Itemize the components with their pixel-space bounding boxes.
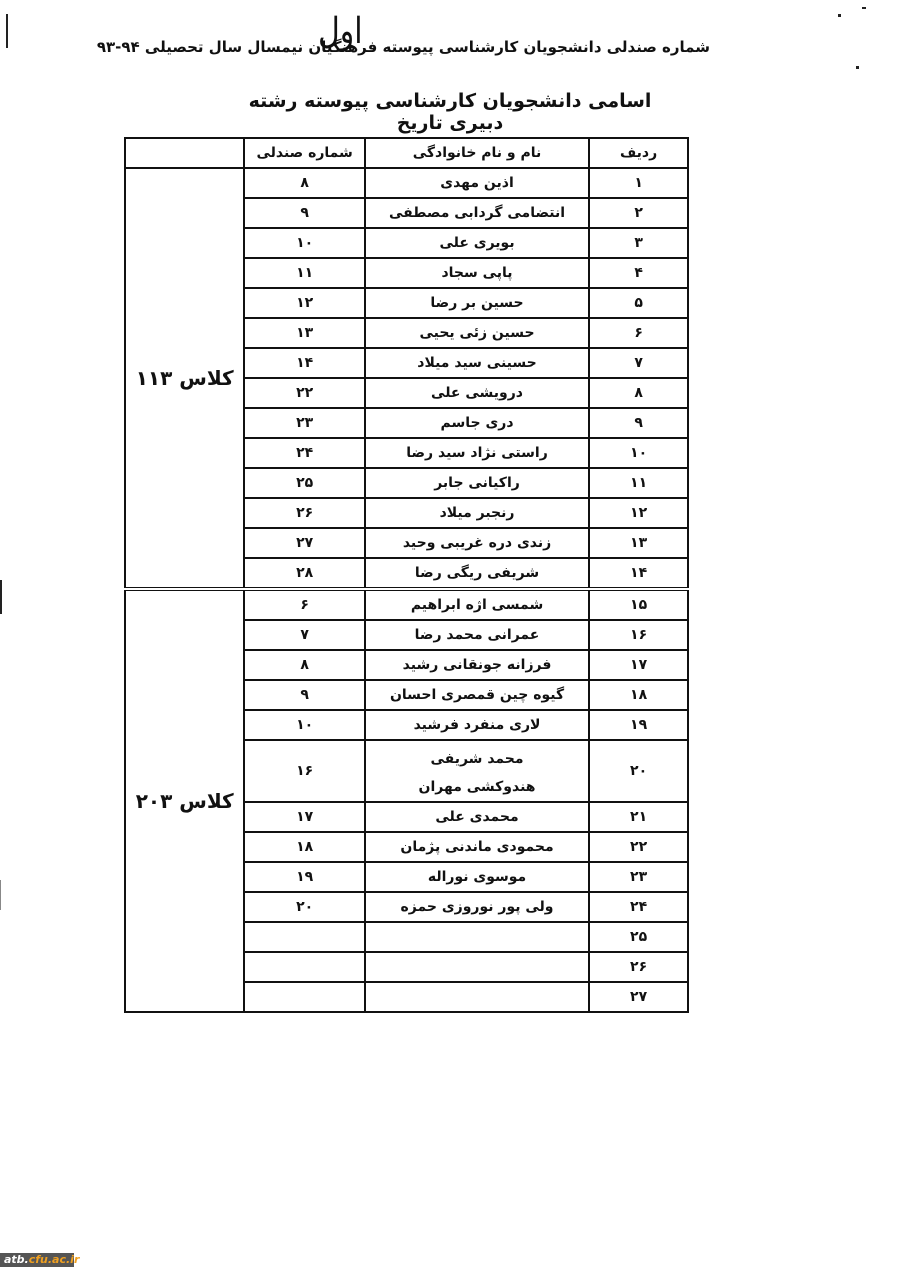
watermark-domain: cfu.ac.ir [29, 1253, 80, 1266]
student-name-cell: دری جاسم [365, 408, 589, 438]
row-number-cell: ۲۶ [589, 952, 688, 982]
seat-number-cell: ۱۰ [244, 228, 364, 258]
document-title: شماره صندلی دانشجویان کارشناسی پیوسته فر… [200, 38, 710, 56]
seat-number-cell: ۹ [244, 680, 364, 710]
student-name-cell: شریفی ریگی رضا [365, 558, 589, 589]
seat-number-cell [244, 982, 364, 1012]
scan-mark [838, 14, 841, 17]
student-name-cell: گیوه چین قمصری احسان [365, 680, 589, 710]
row-number-cell: ۱۳ [589, 528, 688, 558]
row-number-cell: ۲ [589, 198, 688, 228]
row-number-cell: ۲۲ [589, 832, 688, 862]
seat-number-cell: ۲۷ [244, 528, 364, 558]
seat-number-cell: ۱۱ [244, 258, 364, 288]
student-name-cell: شمسی اژه ابراهیم [365, 589, 589, 620]
seat-number-cell: ۲۰ [244, 892, 364, 922]
student-name-cell: عمرانی محمد رضا [365, 620, 589, 650]
header-name: نام و نام خانوادگی [365, 138, 589, 168]
watermark-prefix: atb. [4, 1253, 29, 1266]
student-name-cell [365, 982, 589, 1012]
student-name-cell: حسینی سید میلاد [365, 348, 589, 378]
header-class [125, 138, 244, 168]
seat-number-cell: ۷ [244, 620, 364, 650]
student-name-cell: انتضامی گردابی مصطفی [365, 198, 589, 228]
row-number-cell: ۳ [589, 228, 688, 258]
row-number-cell: ۲۷ [589, 982, 688, 1012]
student-name-cell: ولی پور نوروزی حمزه [365, 892, 589, 922]
row-number-cell: ۲۳ [589, 862, 688, 892]
student-name-cell: محمدی علی [365, 802, 589, 832]
scan-mark [862, 7, 866, 9]
student-name-cell: لاری منفرد فرشید [365, 710, 589, 740]
seat-number-cell: ۲۴ [244, 438, 364, 468]
row-number-cell: ۱۰ [589, 438, 688, 468]
seat-number-cell: ۱۷ [244, 802, 364, 832]
row-number-cell: ۱۴ [589, 558, 688, 589]
seat-number-cell: ۹ [244, 198, 364, 228]
row-number-cell: ۱۹ [589, 710, 688, 740]
class-label-cell: کلاس ۲۰۳ [125, 589, 244, 1012]
row-number-cell: ۲۱ [589, 802, 688, 832]
seat-number-cell: ۸ [244, 168, 364, 198]
scan-mark [0, 580, 2, 614]
row-number-cell: ۱۲ [589, 498, 688, 528]
student-name-cell: درویشی علی [365, 378, 589, 408]
seat-number-cell: ۲۵ [244, 468, 364, 498]
row-number-cell: ۲۵ [589, 922, 688, 952]
seat-number-cell [244, 952, 364, 982]
student-name-cell: حسین بر رضا [365, 288, 589, 318]
seat-number-cell: ۸ [244, 650, 364, 680]
seat-number-cell: ۲۸ [244, 558, 364, 589]
seat-number-cell: ۱۲ [244, 288, 364, 318]
seat-number-cell: ۱۸ [244, 832, 364, 862]
row-number-cell: ۵ [589, 288, 688, 318]
row-number-cell: ۱۷ [589, 650, 688, 680]
scan-mark [856, 66, 859, 69]
student-name-cell: فرزانه جونقانی رشید [365, 650, 589, 680]
header-seat-number: شماره صندلی [244, 138, 364, 168]
student-name-cell: راستی نژاد سید رضا [365, 438, 589, 468]
seat-number-cell [244, 922, 364, 952]
table-header-row: ردیف نام و نام خانوادگی شماره صندلی [125, 138, 688, 168]
student-name-cell: اذین مهدی [365, 168, 589, 198]
student-name-cell: محمد شریفی هندوکشی مهران [365, 740, 589, 802]
row-number-cell: ۷ [589, 348, 688, 378]
seat-number-cell: ۱۶ [244, 740, 364, 802]
class-label-cell: کلاس ۱۱۳ [125, 168, 244, 589]
student-seat-table: ردیف نام و نام خانوادگی شماره صندلی ۱اذی… [124, 137, 689, 1013]
document-subtitle: اسامی دانشجویان کارشناسی پیوسته رشته دبی… [220, 90, 680, 134]
student-name-cell: پاپی سجاد [365, 258, 589, 288]
row-number-cell: ۲۴ [589, 892, 688, 922]
watermark: atb.cfu.ac.ir [0, 1253, 74, 1267]
student-name-cell: حسین زئی یحیی [365, 318, 589, 348]
header-row-number: ردیف [589, 138, 688, 168]
row-number-cell: ۱۱ [589, 468, 688, 498]
row-number-cell: ۱۵ [589, 589, 688, 620]
row-number-cell: ۱۶ [589, 620, 688, 650]
student-name-cell: زندی دره غریبی وحید [365, 528, 589, 558]
seat-number-cell: ۲۶ [244, 498, 364, 528]
seat-number-cell: ۲۲ [244, 378, 364, 408]
seat-number-cell: ۱۰ [244, 710, 364, 740]
student-name-cell: محمودی ماندنی پژمان [365, 832, 589, 862]
scan-mark [0, 880, 1, 910]
seat-number-cell: ۶ [244, 589, 364, 620]
student-name-cell: رنجبر میلاد [365, 498, 589, 528]
student-name-cell: بویری علی [365, 228, 589, 258]
row-number-cell: ۹ [589, 408, 688, 438]
seat-number-cell: ۱۹ [244, 862, 364, 892]
student-name-cell [365, 922, 589, 952]
seat-number-cell: ۱۳ [244, 318, 364, 348]
table-row: ۱۵شمسی اژه ابراهیم۶کلاس ۲۰۳ [125, 589, 688, 620]
scan-mark [6, 14, 8, 48]
student-name-cell [365, 952, 589, 982]
row-number-cell: ۶ [589, 318, 688, 348]
row-number-cell: ۲۰ [589, 740, 688, 802]
table-row: ۱اذین مهدی۸کلاس ۱۱۳ [125, 168, 688, 198]
row-number-cell: ۸ [589, 378, 688, 408]
row-number-cell: ۱۸ [589, 680, 688, 710]
student-name-cell: موسوی نوراله [365, 862, 589, 892]
row-number-cell: ۴ [589, 258, 688, 288]
student-name-cell: راکیانی جابر [365, 468, 589, 498]
row-number-cell: ۱ [589, 168, 688, 198]
seat-number-cell: ۱۴ [244, 348, 364, 378]
table-body: ۱اذین مهدی۸کلاس ۱۱۳۲انتضامی گردابی مصطفی… [125, 168, 688, 1012]
seat-number-cell: ۲۳ [244, 408, 364, 438]
